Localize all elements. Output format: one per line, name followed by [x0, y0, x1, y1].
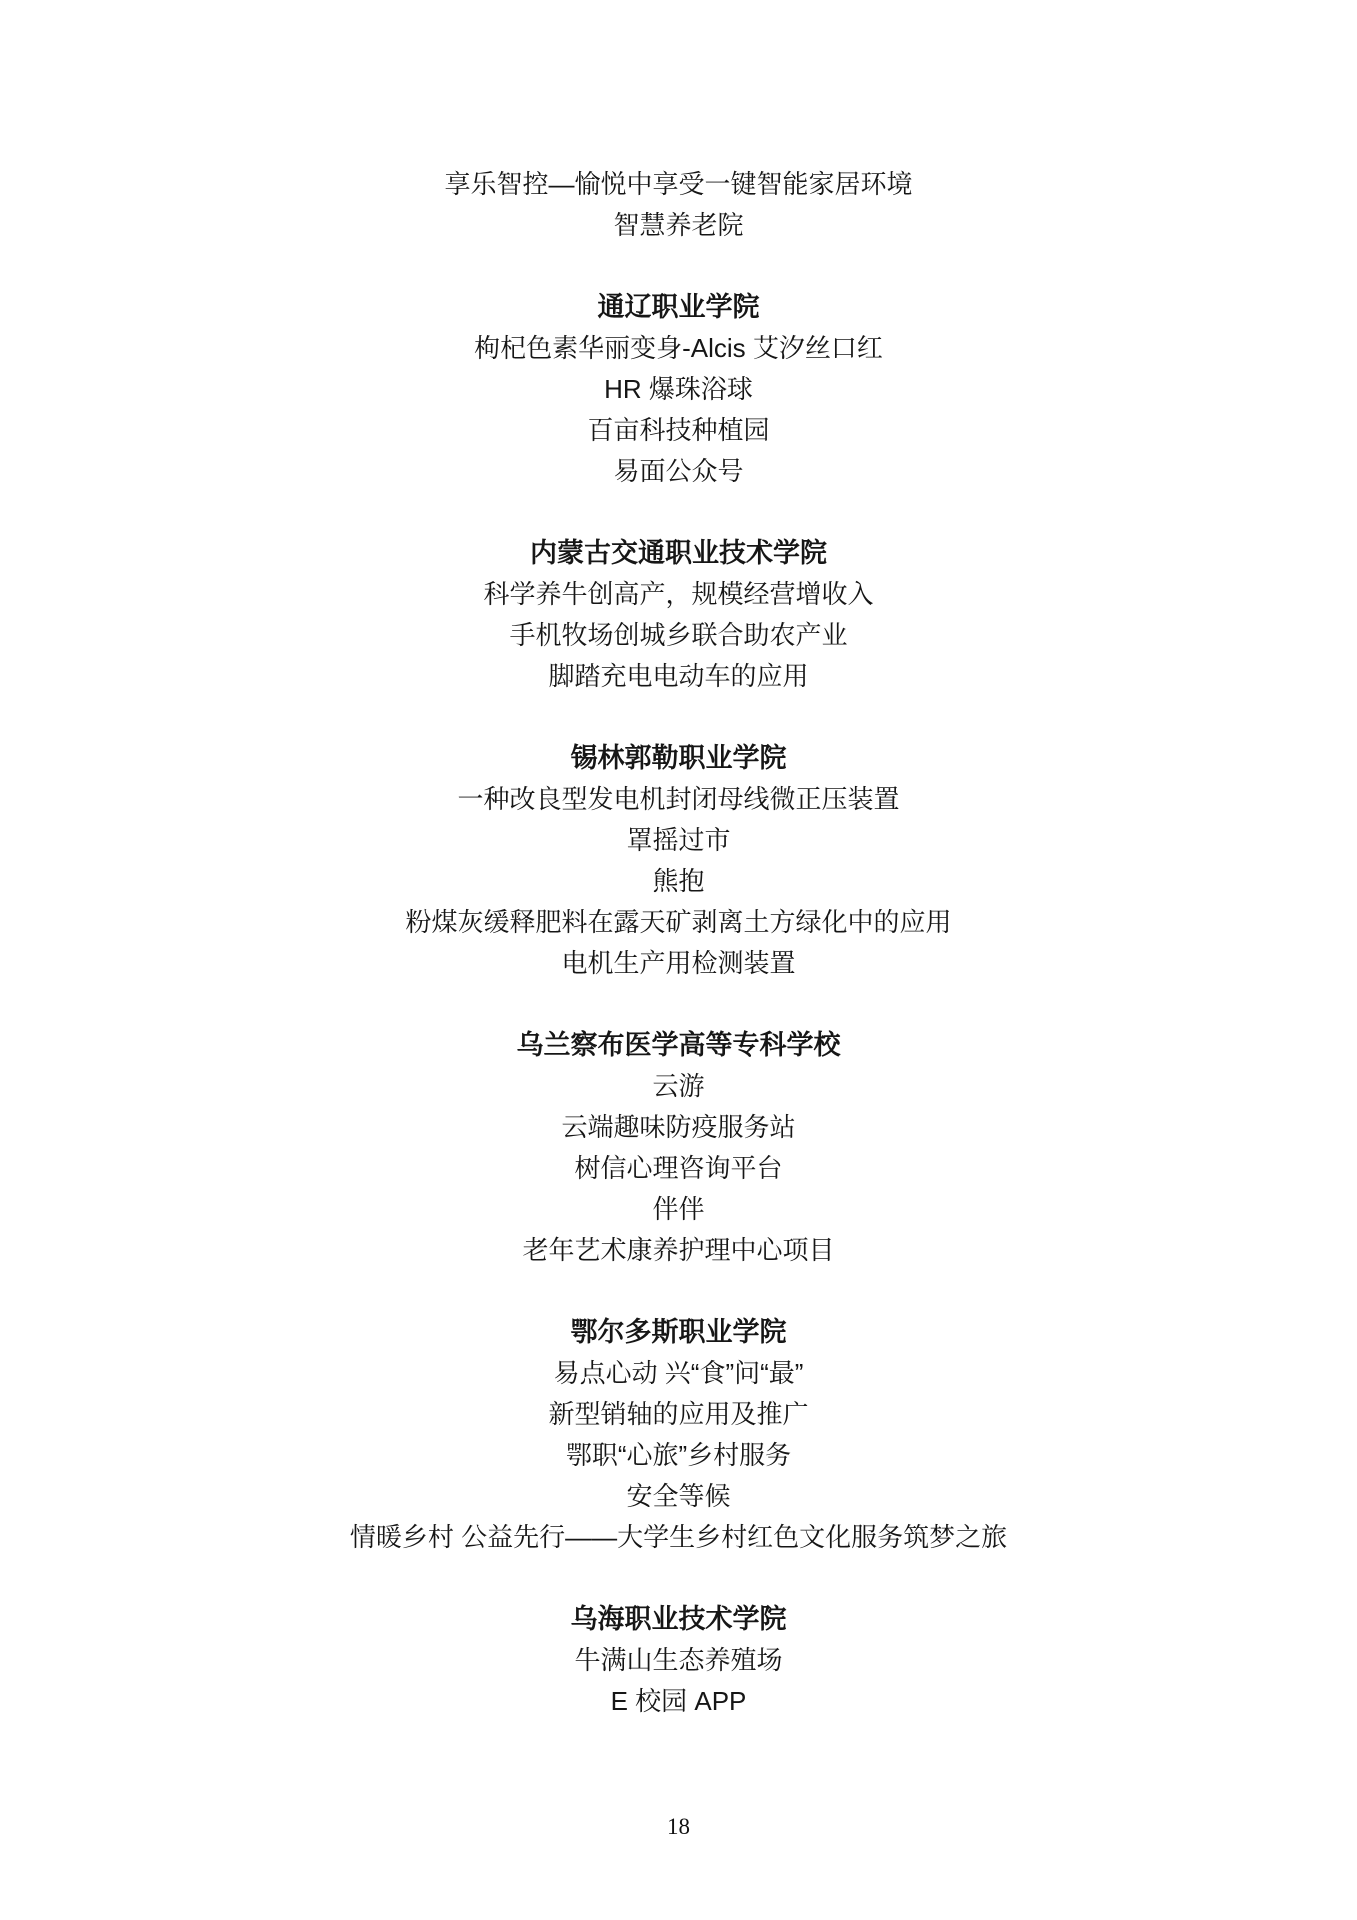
project-line: 粉煤灰缓释肥料在露天矿剥离土方绿化中的应用	[0, 902, 1357, 943]
project-line: 百亩科技种植园	[0, 410, 1357, 451]
project-line: 享乐智控—愉悦中享受一键智能家居环境	[0, 164, 1357, 205]
project-line: 罩摇过市	[0, 820, 1357, 861]
school-name: 内蒙古交通职业技术学院	[0, 533, 1357, 574]
project-line: 老年艺术康养护理中心项目	[0, 1230, 1357, 1271]
page-content: 享乐智控—愉悦中享受一键智能家居环境 智慧养老院 通辽职业学院 枸杞色素华丽变身…	[0, 0, 1357, 1722]
document-page: 享乐智控—愉悦中享受一键智能家居环境 智慧养老院 通辽职业学院 枸杞色素华丽变身…	[0, 0, 1357, 1920]
school-section: 乌海职业技术学院 牛满山生态养殖场 E 校园 APP	[0, 1599, 1357, 1722]
school-name: 通辽职业学院	[0, 287, 1357, 328]
project-line: 情暖乡村 公益先行——大学生乡村红色文化服务筑梦之旅	[0, 1517, 1357, 1558]
school-section: 鄂尔多斯职业学院 易点心动 兴“食”问“最” 新型销轴的应用及推广 鄂职“心旅”…	[0, 1312, 1357, 1558]
project-line: 鄂职“心旅”乡村服务	[0, 1435, 1357, 1476]
school-name: 锡林郭勒职业学院	[0, 738, 1357, 779]
school-section: 乌兰察布医学高等专科学校 云游 云端趣味防疫服务站 树信心理咨询平台 伴伴 老年…	[0, 1025, 1357, 1271]
project-line: 云游	[0, 1066, 1357, 1107]
project-line: 易面公众号	[0, 451, 1357, 492]
project-line: 新型销轴的应用及推广	[0, 1394, 1357, 1435]
project-line: 科学养牛创高产，规模经营增收入	[0, 574, 1357, 615]
school-section: 锡林郭勒职业学院 一种改良型发电机封闭母线微正压装置 罩摇过市 熊抱 粉煤灰缓释…	[0, 738, 1357, 984]
project-line: 智慧养老院	[0, 205, 1357, 246]
project-line: 熊抱	[0, 861, 1357, 902]
project-line: 云端趣味防疫服务站	[0, 1107, 1357, 1148]
school-section: 内蒙古交通职业技术学院 科学养牛创高产，规模经营增收入 手机牧场创城乡联合助农产…	[0, 533, 1357, 697]
project-line: 伴伴	[0, 1189, 1357, 1230]
continued-projects-block: 享乐智控—愉悦中享受一键智能家居环境 智慧养老院	[0, 164, 1357, 246]
school-name: 鄂尔多斯职业学院	[0, 1312, 1357, 1353]
project-line: 安全等候	[0, 1476, 1357, 1517]
project-line: 树信心理咨询平台	[0, 1148, 1357, 1189]
project-line: E 校园 APP	[0, 1681, 1357, 1722]
project-line: 一种改良型发电机封闭母线微正压装置	[0, 779, 1357, 820]
project-line: 枸杞色素华丽变身-Alcis 艾汐丝口红	[0, 328, 1357, 369]
page-number: 18	[0, 1814, 1357, 1840]
project-line: 手机牧场创城乡联合助农产业	[0, 615, 1357, 656]
school-section: 通辽职业学院 枸杞色素华丽变身-Alcis 艾汐丝口红 HR 爆珠浴球 百亩科技…	[0, 287, 1357, 492]
project-line: 牛满山生态养殖场	[0, 1640, 1357, 1681]
project-line: 易点心动 兴“食”问“最”	[0, 1353, 1357, 1394]
school-name: 乌兰察布医学高等专科学校	[0, 1025, 1357, 1066]
project-line: 电机生产用检测装置	[0, 943, 1357, 984]
school-name: 乌海职业技术学院	[0, 1599, 1357, 1640]
project-line: HR 爆珠浴球	[0, 369, 1357, 410]
project-line: 脚踏充电电动车的应用	[0, 656, 1357, 697]
